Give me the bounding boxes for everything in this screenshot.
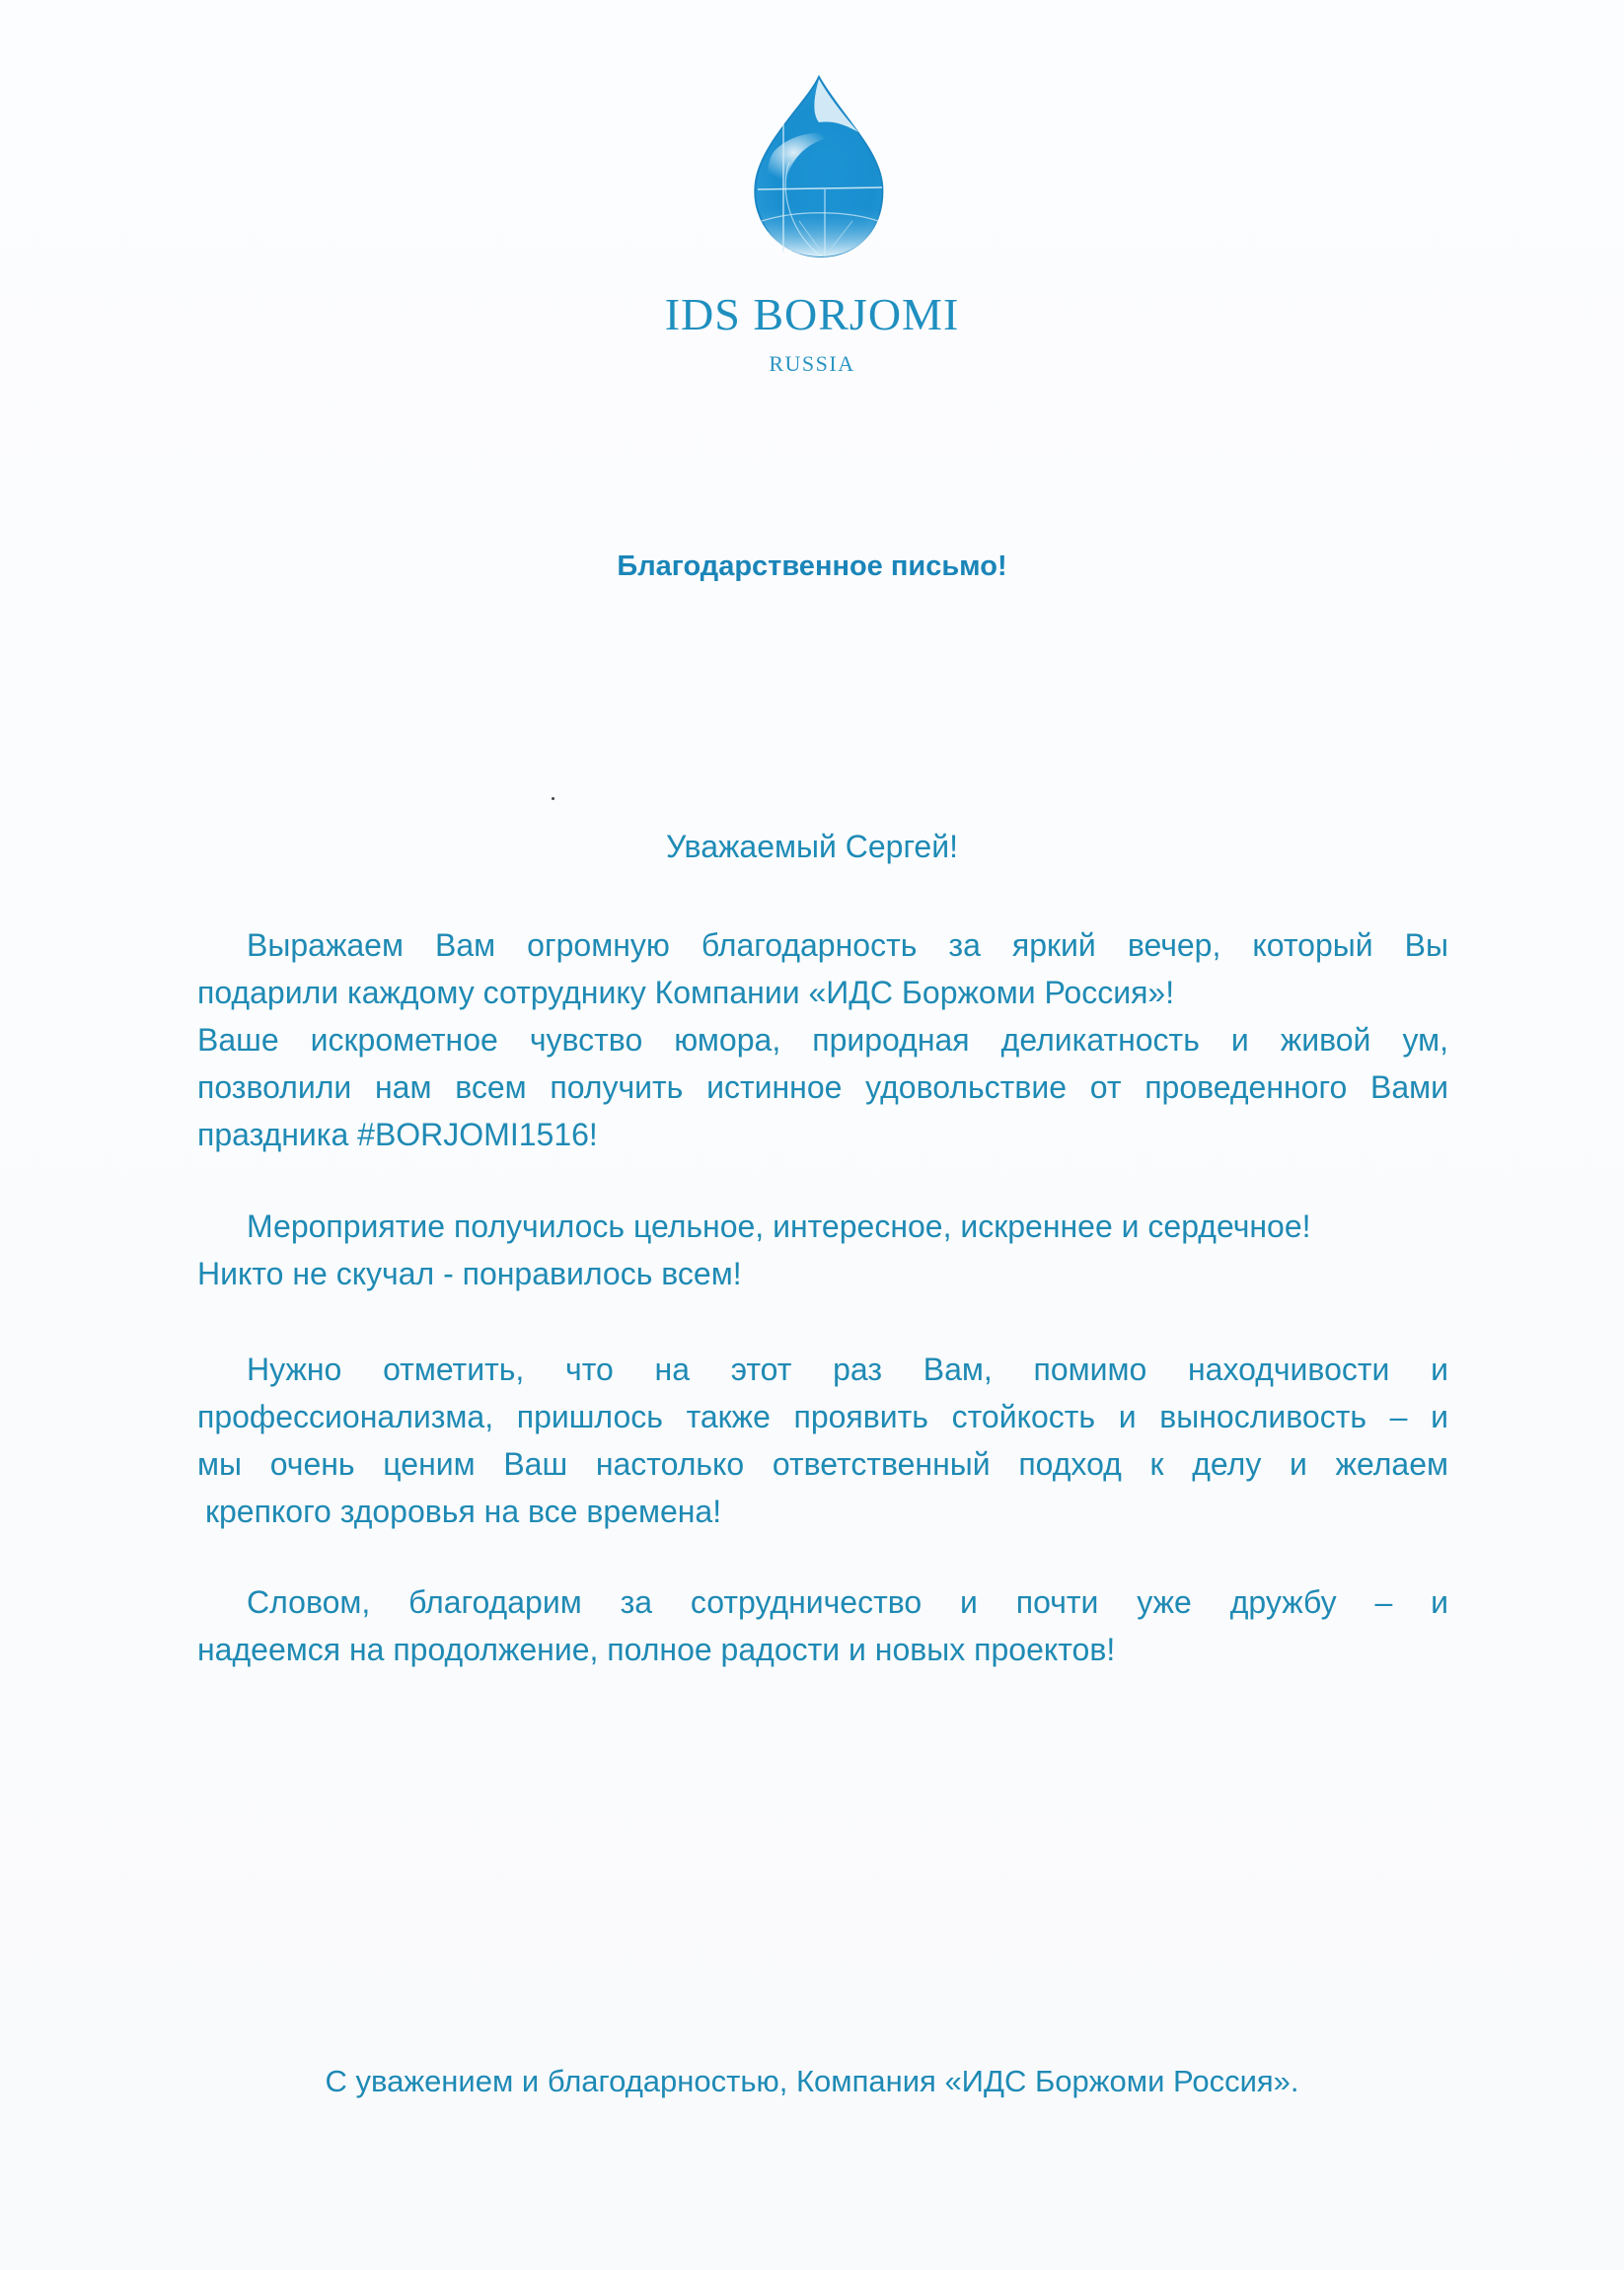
- paragraph-professionalism: Нужно отметить, что на этот раз Вам, пом…: [197, 1346, 1448, 1535]
- brand-name: IDS BORJOMI: [0, 288, 1624, 340]
- paragraph-gratitude: Выражаем Вам огромную благодарность за я…: [197, 921, 1448, 1158]
- paragraph-line: Ваше искрометное чувство юмора, природна…: [197, 1016, 1448, 1063]
- paragraph-closing: Словом, благодарим за сотрудничество и п…: [197, 1578, 1448, 1673]
- paragraph-line: Никто не скучал - понравилось всем!: [197, 1250, 1448, 1297]
- paragraph-line: мы очень ценим Ваш настолько ответственн…: [197, 1440, 1448, 1488]
- signature-line: С уважением и благодарностью, Компания «…: [0, 2064, 1624, 2099]
- paragraph-line: профессионализма, пришлось также проявит…: [197, 1393, 1448, 1440]
- paragraph-line: крепкого здоровья на все времена!: [197, 1488, 1448, 1535]
- paragraph-line: Словом, благодарим за сотрудничество и п…: [197, 1578, 1448, 1626]
- paragraph-line: подарили каждому сотруднику Компании «ИД…: [197, 969, 1448, 1016]
- brand-subtitle: RUSSIA: [0, 351, 1624, 377]
- paragraph-line: Нужно отметить, что на этот раз Вам, пом…: [197, 1346, 1448, 1393]
- water-drop-globe-icon: [750, 73, 888, 260]
- letter-title: Благодарственное письмо!: [0, 550, 1624, 583]
- salutation: Уважаемый Сергей!: [0, 829, 1624, 865]
- paragraph-line: позволили нам всем получить истинное удо…: [197, 1063, 1448, 1111]
- paragraph-line: Выражаем Вам огромную благодарность за я…: [197, 921, 1448, 969]
- paragraph-line: Мероприятие получилось цельное, интересн…: [197, 1203, 1448, 1250]
- paragraph-event: Мероприятие получилось цельное, интересн…: [197, 1203, 1448, 1297]
- scan-speck: [552, 797, 554, 800]
- letter-page: IDS BORJOMI RUSSIA Благодарственное пись…: [0, 0, 1624, 2270]
- paragraph-line: праздника #BORJOMI1516!: [197, 1111, 1448, 1158]
- paragraph-line: надеемся на продолжение, полное радости …: [197, 1626, 1448, 1673]
